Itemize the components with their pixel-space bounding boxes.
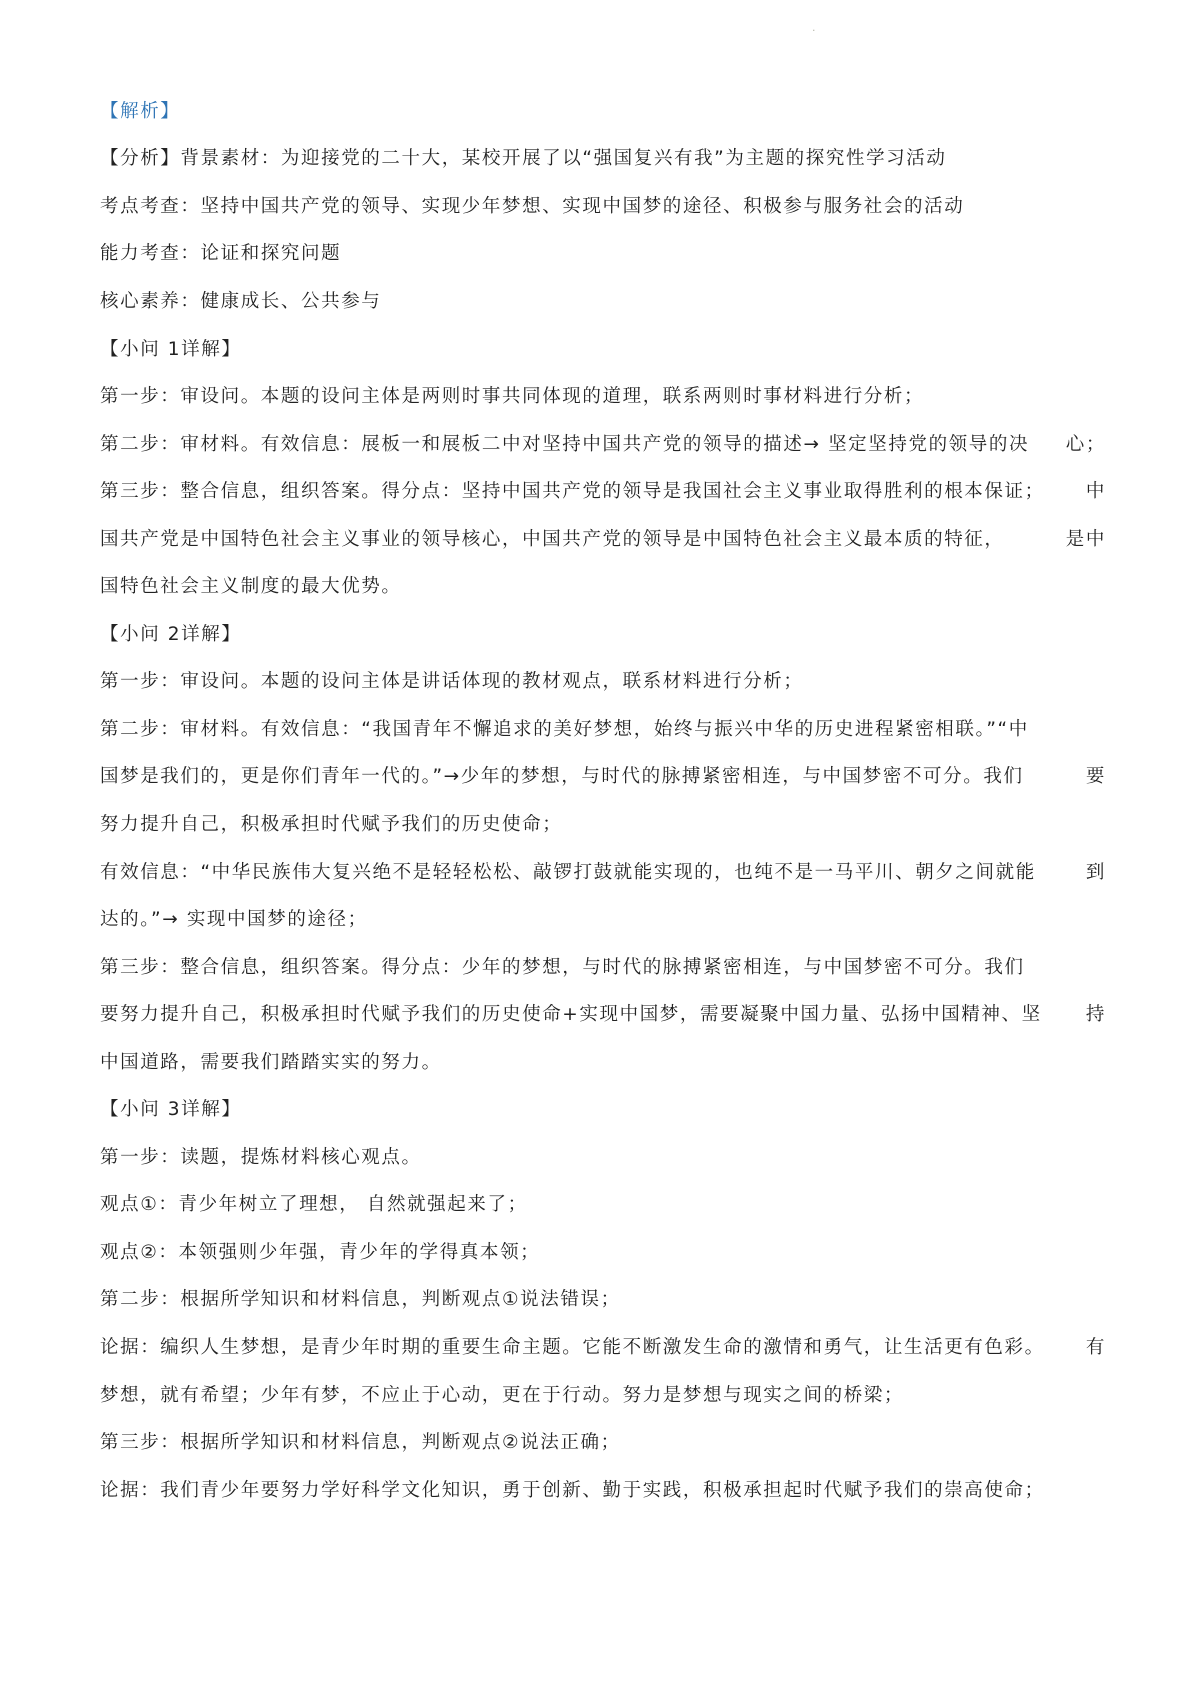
- text-line: 第一步：审设问。本题的设问主体是讲话体现的教材观点，联系材料进行分析；: [100, 657, 1106, 705]
- line-text: 国特色社会主义制度的最大优势。: [100, 572, 402, 598]
- text-line: 有效信息：“中华民族伟大复兴绝不是轻轻松松、敲锣打鼓就能实现的，也纯不是一马平川…: [100, 847, 1106, 895]
- line-text: 论据：编织人生梦想，是青少年时期的重要生命主题。它能不断激发生命的激情和勇气，让…: [100, 1333, 1045, 1359]
- text-line: 第二步：审材料。有效信息：“我国青年不懈追求的美好梦想，始终与振兴中华的历史进程…: [100, 704, 1106, 752]
- text-line: 梦想，就有希望；少年有梦，不应止于心动，更在于行动。努力是梦想与现实之间的桥梁；: [100, 1370, 1106, 1418]
- text-line: 第三步：整合信息，组织答案。得分点：坚持中国共产党的领导是我国社会主义事业取得胜…: [100, 466, 1106, 514]
- line-text: 【小问 3详解】: [100, 1095, 241, 1121]
- line-text: 国梦是我们的，更是你们青年一代的。”→少年的梦想，与时代的脉搏紧密相连，与中国梦…: [100, 762, 1024, 788]
- text-line: 国特色社会主义制度的最大优势。: [100, 561, 1106, 609]
- analysis-summary: 【分析】背景素材：为迎接党的二十大，某校开展了以“强国复兴有我”为主题的探究性学…: [100, 134, 1106, 182]
- line-text: 【解析】: [100, 97, 180, 123]
- text-line: 论据：我们青少年要努力学好科学文化知识，勇于创新、勤于实践，积极承担起时代赋予我…: [100, 1465, 1106, 1513]
- text-line: 第一步：读题，提炼材料核心观点。: [100, 1132, 1106, 1180]
- line-text: 观点①：青少年树立了理想， 自然就强起来了；: [100, 1190, 528, 1216]
- line-text: 达的。”→ 实现中国梦的途径；: [100, 905, 368, 931]
- text-line: 中国道路，需要我们踏踏实实的努力。: [100, 1037, 1106, 1085]
- ability-points-line: 能力考查：论证和探究问题: [100, 229, 1106, 277]
- core-literacy-line: 核心素养：健康成长、公共参与: [100, 276, 1106, 324]
- text-line: 第三步：根据所学知识和材料信息，判断观点②说法正确；: [100, 1417, 1106, 1465]
- line-text: 考点考查：坚持中国共产党的领导、实现少年梦想、实现中国梦的途径、积极参与服务社会…: [100, 192, 964, 218]
- document-body: 【解析】【分析】背景素材：为迎接党的二十大，某校开展了以“强国复兴有我”为主题的…: [100, 86, 1106, 1512]
- text-line: 第一步：审设问。本题的设问主体是两则时事共同体现的道理，联系两则时事材料进行分析…: [100, 371, 1106, 419]
- line-text: 要努力提升自己，积极承担时代赋予我们的历史使命+实现中国梦，需要凝聚中国力量、弘…: [100, 1000, 1042, 1026]
- line-text: 【小问 1详解】: [100, 335, 241, 361]
- line-text: 中国道路，需要我们踏踏实实的努力。: [100, 1048, 442, 1074]
- text-line: 国共产党是中国特色社会主义事业的领导核心，中国共产党的领导是中国特色社会主义最本…: [100, 514, 1106, 562]
- line-text: 第二步：根据所学知识和材料信息，判断观点①说法错误；: [100, 1285, 621, 1311]
- text-line: 要努力提升自己，积极承担时代赋予我们的历史使命+实现中国梦，需要凝聚中国力量、弘…: [100, 989, 1106, 1037]
- text-line: 观点②：本领强则少年强，青少年的学得真本领；: [100, 1227, 1106, 1275]
- line-tail: 中: [1086, 477, 1106, 503]
- stray-mark: ·: [812, 24, 816, 37]
- line-text: 第一步：审设问。本题的设问主体是两则时事共同体现的道理，联系两则时事材料进行分析…: [100, 382, 924, 408]
- subquestion-2-header: 【小问 2详解】: [100, 609, 1106, 657]
- analysis-header: 【解析】: [100, 86, 1106, 134]
- line-text: 论据：我们青少年要努力学好科学文化知识，勇于创新、勤于实践，积极承担起时代赋予我…: [100, 1476, 1045, 1502]
- line-text: 第一步：审设问。本题的设问主体是讲话体现的教材观点，联系材料进行分析；: [100, 667, 804, 693]
- text-line: 第二步：根据所学知识和材料信息，判断观点①说法错误；: [100, 1275, 1106, 1323]
- subquestion-3-header: 【小问 3详解】: [100, 1084, 1106, 1132]
- line-text: 第三步：整合信息，组织答案。得分点：少年的梦想，与时代的脉搏紧密相连，与中国梦密…: [100, 953, 1025, 979]
- line-tail: 要: [1086, 762, 1106, 788]
- line-text: 梦想，就有希望；少年有梦，不应止于心动，更在于行动。努力是梦想与现实之间的桥梁；: [100, 1381, 904, 1407]
- line-text: 国共产党是中国特色社会主义事业的领导核心，中国共产党的领导是中国特色社会主义最本…: [100, 525, 1005, 551]
- line-text: 能力考查：论证和探究问题: [100, 239, 341, 265]
- line-text: 【小问 2详解】: [100, 620, 241, 646]
- line-text: 第三步：根据所学知识和材料信息，判断观点②说法正确；: [100, 1428, 621, 1454]
- line-text: 【分析】背景素材：为迎接党的二十大，某校开展了以“强国复兴有我”为主题的探究性学…: [100, 144, 946, 170]
- text-line: 努力提升自己，积极承担时代赋予我们的历史使命；: [100, 799, 1106, 847]
- text-line: 观点①：青少年树立了理想， 自然就强起来了；: [100, 1180, 1106, 1228]
- line-tail: 心；: [1066, 430, 1106, 456]
- text-line: 第三步：整合信息，组织答案。得分点：少年的梦想，与时代的脉搏紧密相连，与中国梦密…: [100, 942, 1106, 990]
- line-tail: 是中: [1066, 525, 1106, 551]
- exam-points-line: 考点考查：坚持中国共产党的领导、实现少年梦想、实现中国梦的途径、积极参与服务社会…: [100, 181, 1106, 229]
- text-line: 论据：编织人生梦想，是青少年时期的重要生命主题。它能不断激发生命的激情和勇气，让…: [100, 1322, 1106, 1370]
- text-line: 国梦是我们的，更是你们青年一代的。”→少年的梦想，与时代的脉搏紧密相连，与中国梦…: [100, 752, 1106, 800]
- line-text: 第二步：审材料。有效信息：“我国青年不懈追求的美好梦想，始终与振兴中华的历史进程…: [100, 715, 1029, 741]
- line-text: 核心素养：健康成长、公共参与: [100, 287, 381, 313]
- line-tail: 持: [1086, 1000, 1106, 1026]
- line-text: 观点②：本领强则少年强，青少年的学得真本领；: [100, 1238, 540, 1264]
- line-text: 有效信息：“中华民族伟大复兴绝不是轻轻松松、敲锣打鼓就能实现的，也纯不是一马平川…: [100, 858, 1036, 884]
- line-text: 第一步：读题，提炼材料核心观点。: [100, 1143, 422, 1169]
- line-text: 努力提升自己，积极承担时代赋予我们的历史使命；: [100, 810, 562, 836]
- text-line: 第二步：审材料。有效信息：展板一和展板二中对坚持中国共产党的领导的描述→ 坚定坚…: [100, 419, 1106, 467]
- subquestion-1-header: 【小问 1详解】: [100, 324, 1106, 372]
- document-page: · 【解析】【分析】背景素材：为迎接党的二十大，某校开展了以“强国复兴有我”为主…: [0, 0, 1200, 1696]
- line-tail: 有: [1086, 1333, 1106, 1359]
- line-text: 第三步：整合信息，组织答案。得分点：坚持中国共产党的领导是我国社会主义事业取得胜…: [100, 477, 1045, 503]
- text-line: 达的。”→ 实现中国梦的途径；: [100, 894, 1106, 942]
- line-tail: 到: [1086, 858, 1106, 884]
- line-text: 第二步：审材料。有效信息：展板一和展板二中对坚持中国共产党的领导的描述→ 坚定坚…: [100, 430, 1029, 456]
